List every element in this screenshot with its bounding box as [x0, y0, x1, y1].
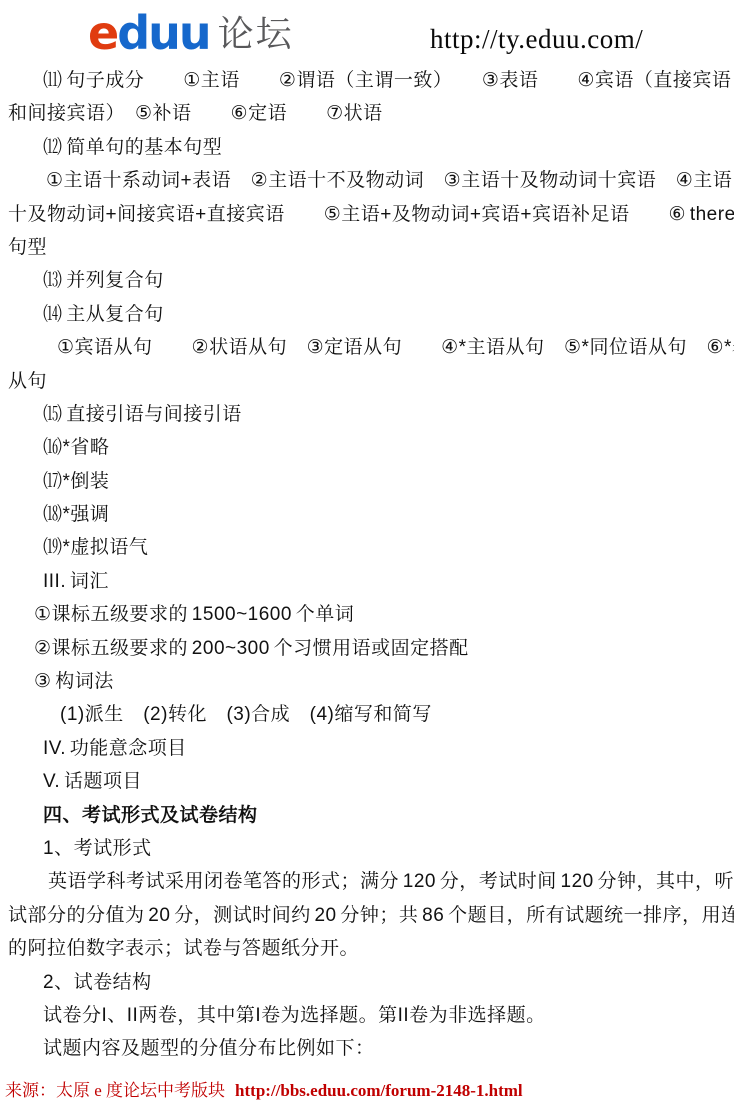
doc-line: ①主语十系动词+表语 ②主语十不及物动词 ③主语十及物动词十宾语 ④主语	[8, 164, 734, 197]
page-footer: 来源：太原 e 度论坛中考版块http://bbs.eduu.com/forum…	[5, 1076, 735, 1101]
doc-line: 的阿拉伯数字表示；试卷与答题纸分开。	[8, 932, 734, 965]
logo-letter-e: e	[88, 6, 117, 60]
doc-line-ellipsis: ⒃*省略	[8, 431, 734, 464]
source-label: 来源：太原 e 度论坛中考版块	[5, 1081, 225, 1100]
document-body: ⑾ 句子成分 ①主语 ②谓语（主谓一致） ③表语 ④宾语（直接宾语 和间接宾语）…	[0, 64, 742, 1066]
eduu-logo[interactable]: eduu论坛	[88, 6, 294, 57]
source-url-link[interactable]: http://bbs.eduu.com/forum-2148-1.html	[235, 1081, 523, 1100]
site-url-link[interactable]: http://ty.eduu.com/	[430, 24, 643, 55]
doc-line-vocabulary-heading: III. 词汇	[8, 565, 734, 598]
doc-line-formation-types: (1)派生 (2)转化 (3)合成 (4)缩写和简写	[8, 698, 734, 731]
doc-line-speech: ⒂ 直接引语与间接引语	[8, 398, 734, 431]
doc-line: 试部分的分值为 20 分，测试时间约 20 分钟；共 86 个题目，所有试题统一…	[8, 899, 734, 932]
doc-line-complex: ⒁ 主从复合句	[8, 298, 734, 331]
document-page: eduu论坛 http://ty.eduu.com/ ⑾ 句子成分 ①主语 ②谓…	[0, 0, 742, 1108]
doc-line-word-formation: ③ 构词法	[8, 665, 734, 698]
doc-line-exam-structure-heading: 四、考试形式及试卷结构	[8, 799, 734, 832]
logo-letters-duu: duu	[117, 6, 209, 60]
doc-line: 从句	[8, 365, 734, 398]
doc-line-basic-patterns: ⑿ 简单句的基本句型	[8, 131, 734, 164]
doc-line-topics-heading: V. 话题项目	[8, 765, 734, 798]
doc-line-functions-heading: IV. 功能意念项目	[8, 732, 734, 765]
doc-line-exam-form-heading: 1、考试形式	[8, 832, 734, 865]
doc-line-inversion: ⒄*倒装	[8, 465, 734, 498]
doc-line-paper-split: 试卷分I、II两卷，其中第I卷为选择题。第II卷为非选择题。	[8, 999, 734, 1032]
doc-line: 十及物动词+间接宾语+直接宾语 ⑤主语+及物动词+宾语+宾语补足语 ⑥ ther…	[8, 198, 734, 231]
doc-line-compound: ⒀ 并列复合句	[8, 264, 734, 297]
logo-forum-label: 论坛	[218, 13, 294, 54]
doc-line-emphasis: ⒅*强调	[8, 498, 734, 531]
doc-line: 和间接宾语） ⑤补语 ⑥定语 ⑦状语	[8, 97, 734, 130]
doc-line-phrases-count: ②课标五级要求的 200~300 个习惯用语或固定搭配	[8, 632, 734, 665]
doc-line-words-count: ①课标五级要求的 1500~1600 个单词	[8, 598, 734, 631]
doc-line-sentence-elements: ⑾ 句子成分 ①主语 ②谓语（主谓一致） ③表语 ④宾语（直接宾语	[8, 64, 734, 97]
doc-line-clauses: ①宾语从句 ②状语从句 ③定语从句 ④*主语从句 ⑤*同位语从句 ⑥*表语	[8, 331, 734, 364]
doc-line: 句型	[8, 231, 734, 264]
page-header: eduu论坛 http://ty.eduu.com/	[0, 0, 742, 64]
doc-line-distribution-intro: 试题内容及题型的分值分布比例如下：	[8, 1032, 734, 1065]
doc-line-exam-paragraph: 英语学科考试采用闭卷笔答的形式；满分 120 分，考试时间 120 分钟，其中，…	[8, 865, 734, 898]
doc-line-paper-structure-heading: 2、试卷结构	[8, 966, 734, 999]
doc-line-subjunctive: ⒆*虚拟语气	[8, 531, 734, 564]
